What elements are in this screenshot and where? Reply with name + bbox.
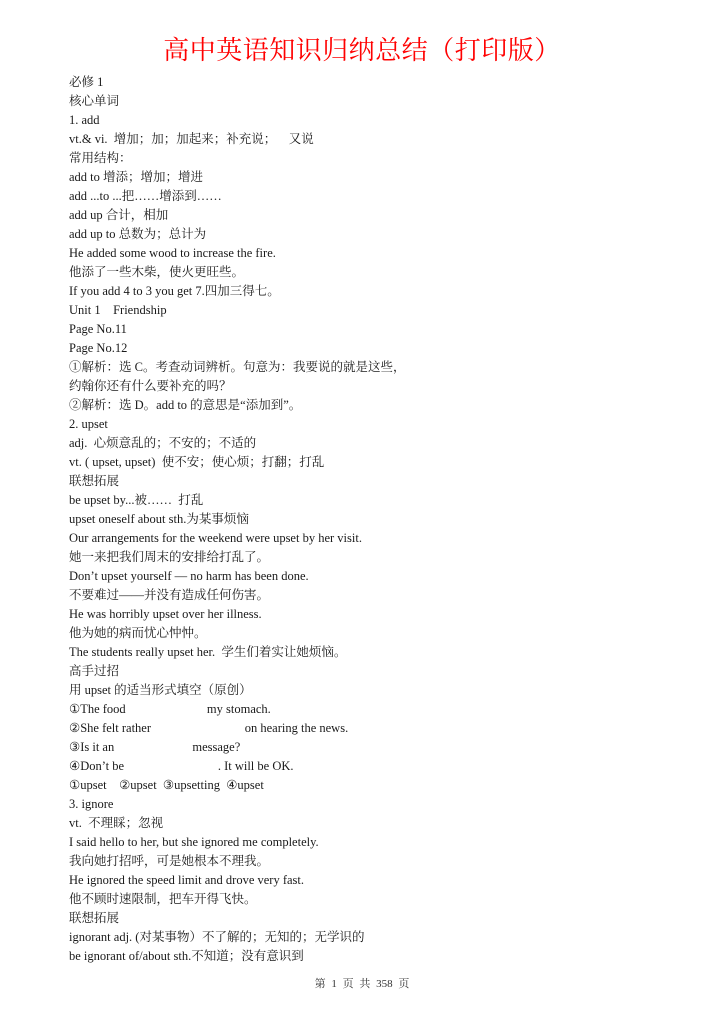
- exercise-item: ①The food my stomach.: [69, 700, 669, 719]
- answer-explanation: ②解析：选 D。add to 的意思是“添加到”。: [69, 396, 669, 415]
- vocab-entry-heading: 2. upset: [69, 415, 669, 434]
- example-sentence: I said hello to her, but she ignored me …: [69, 833, 669, 852]
- phrase-line: be upset by...被…… 打乱: [69, 491, 669, 510]
- exercise-item: ④Don’t be . It will be OK.: [69, 757, 669, 776]
- exercise-label: 高手过招: [69, 662, 669, 681]
- exercise-item: ②She felt rather on hearing the news.: [69, 719, 669, 738]
- example-sentence: He was horribly upset over her illness.: [69, 605, 669, 624]
- definition-line: vt.& vi. 增加；加；加起来；补充说； 又说: [69, 130, 669, 149]
- example-sentence: He added some wood to increase the fire.: [69, 244, 669, 263]
- page-footer: 第 1 页 共 358 页: [0, 975, 724, 991]
- definition-line: vt. 不理睬；忽视: [69, 814, 669, 833]
- exercise-item: ③Is it an message?: [69, 738, 669, 757]
- example-translation: 她一来把我们周末的安排给打乱了。: [69, 548, 669, 567]
- page-reference: Page No.12: [69, 339, 669, 358]
- example-sentence: The students really upset her. 学生们着实让她烦恼…: [69, 643, 669, 662]
- example-translation: 他添了一些木柴，使火更旺些。: [69, 263, 669, 282]
- exercise-answers: ①upset ②upset ③upsetting ④upset: [69, 776, 669, 795]
- document-page: 高中英语知识归纳总结（打印版） 必修 1 核心单词 1. add vt.& vi…: [0, 0, 724, 1024]
- exercise-instruction: 用 upset 的适当形式填空（原创）: [69, 681, 669, 700]
- definition-line: adj. 心烦意乱的；不安的；不适的: [69, 434, 669, 453]
- answer-explanation: ①解析：选 C。考查动词辨析。句意为：我要说的就是这些，: [69, 358, 669, 377]
- answer-explanation: 约翰你还有什么要补充的吗？: [69, 377, 669, 396]
- example-sentence: Our arrangements for the weekend were up…: [69, 529, 669, 548]
- unit-heading: Unit 1 Friendship: [69, 301, 669, 320]
- structure-label: 常用结构：: [69, 149, 669, 168]
- definition-line: vt. ( upset, upset) 使不安；使心烦；打翻；打乱: [69, 453, 669, 472]
- phrase-line: upset oneself about sth.为某事烦恼: [69, 510, 669, 529]
- subsection-heading: 核心单词: [69, 92, 669, 111]
- document-title: 高中英语知识归纳总结（打印版）: [0, 33, 724, 69]
- example-sentence: He ignored the speed limit and drove ver…: [69, 871, 669, 890]
- phrase-line: ignorant adj. (对某事物）不了解的；无知的；无学识的: [69, 928, 669, 947]
- example-sentence: If you add 4 to 3 you get 7.四加三得七。: [69, 282, 669, 301]
- vocab-entry-heading: 1. add: [69, 111, 669, 130]
- extension-label: 联想拓展: [69, 909, 669, 928]
- example-translation: 不要难过——并没有造成任何伤害。: [69, 586, 669, 605]
- phrase-line: add ...to ...把……增添到……: [69, 187, 669, 206]
- extension-label: 联想拓展: [69, 472, 669, 491]
- example-sentence: Don’t upset yourself — no harm has been …: [69, 567, 669, 586]
- document-body: 必修 1 核心单词 1. add vt.& vi. 增加；加；加起来；补充说； …: [69, 73, 669, 966]
- vocab-entry-heading: 3. ignore: [69, 795, 669, 814]
- example-translation: 我向她打招呼，可是她根本不理我。: [69, 852, 669, 871]
- page-reference: Page No.11: [69, 320, 669, 339]
- phrase-line: be ignorant of/about sth.不知道；没有意识到: [69, 947, 669, 966]
- phrase-line: add up 合计，相加: [69, 206, 669, 225]
- phrase-line: add up to 总数为；总计为: [69, 225, 669, 244]
- example-translation: 他为她的病而忧心忡忡。: [69, 624, 669, 643]
- phrase-line: add to 增添；增加；增进: [69, 168, 669, 187]
- section-heading: 必修 1: [69, 73, 669, 92]
- example-translation: 他不顾时速限制，把车开得飞快。: [69, 890, 669, 909]
